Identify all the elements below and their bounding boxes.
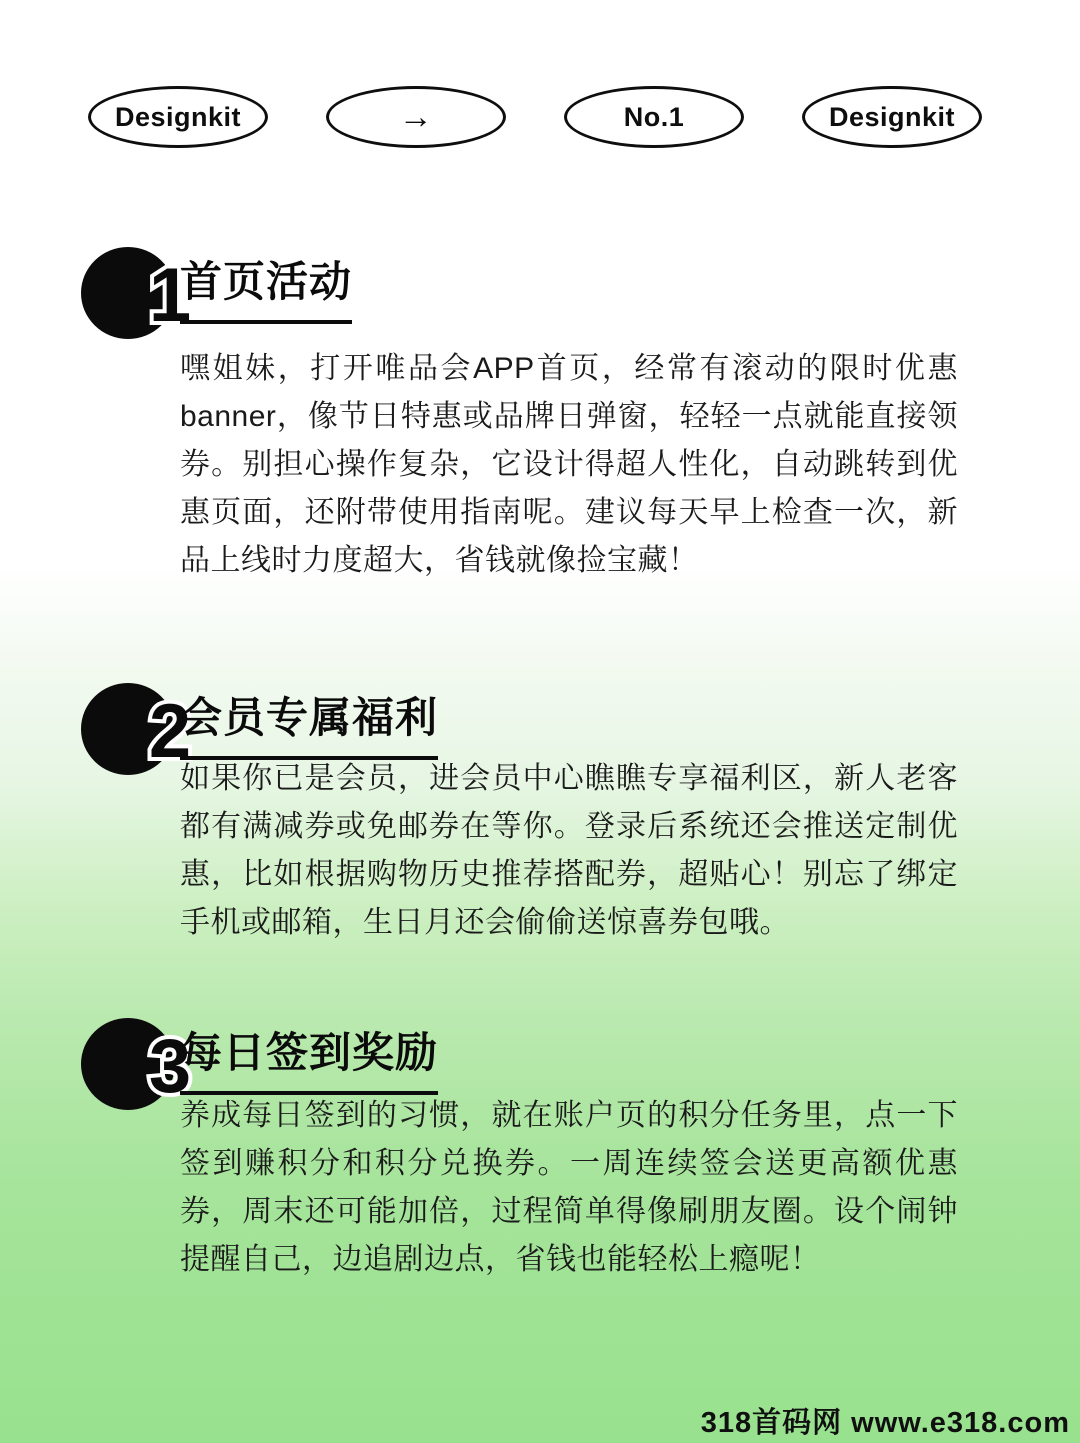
arrow-right-icon: → — [399, 98, 434, 137]
section-1-title: 首页活动 — [180, 249, 352, 324]
badge-no1-label: No.1 — [624, 102, 685, 133]
badge-designkit-right: Designkit — [802, 86, 982, 148]
section-3-body: 养成每日签到的习惯，就在账户页的积分任务里，点一下签到赚积分和积分兑换券。一周连… — [180, 1092, 958, 1284]
badge-arrow: → — [326, 86, 506, 148]
poster-canvas: Designkit → No.1 Designkit 1 首页活动 嘿姐妹，打开… — [0, 0, 1080, 1443]
badge-designkit-left-label: Designkit — [115, 102, 241, 133]
section-3-title: 每日签到奖励 — [180, 1020, 438, 1095]
badge-designkit-right-label: Designkit — [829, 102, 955, 133]
badge-designkit-left: Designkit — [88, 86, 268, 148]
watermark-text: 318首码网 www.e318.com — [701, 1400, 1070, 1441]
section-1-body: 嘿姐妹，打开唯品会APP首页，经常有滚动的限时优惠banner，像节日特惠或品牌… — [180, 345, 958, 585]
badge-row: Designkit → No.1 Designkit — [88, 86, 982, 148]
section-2-title: 会员专属福利 — [180, 685, 438, 760]
badge-no1: No.1 — [564, 86, 744, 148]
section-2-body: 如果你已是会员，进会员中心瞧瞧专享福利区，新人老客都有满减券或免邮券在等你。登录… — [180, 755, 958, 947]
